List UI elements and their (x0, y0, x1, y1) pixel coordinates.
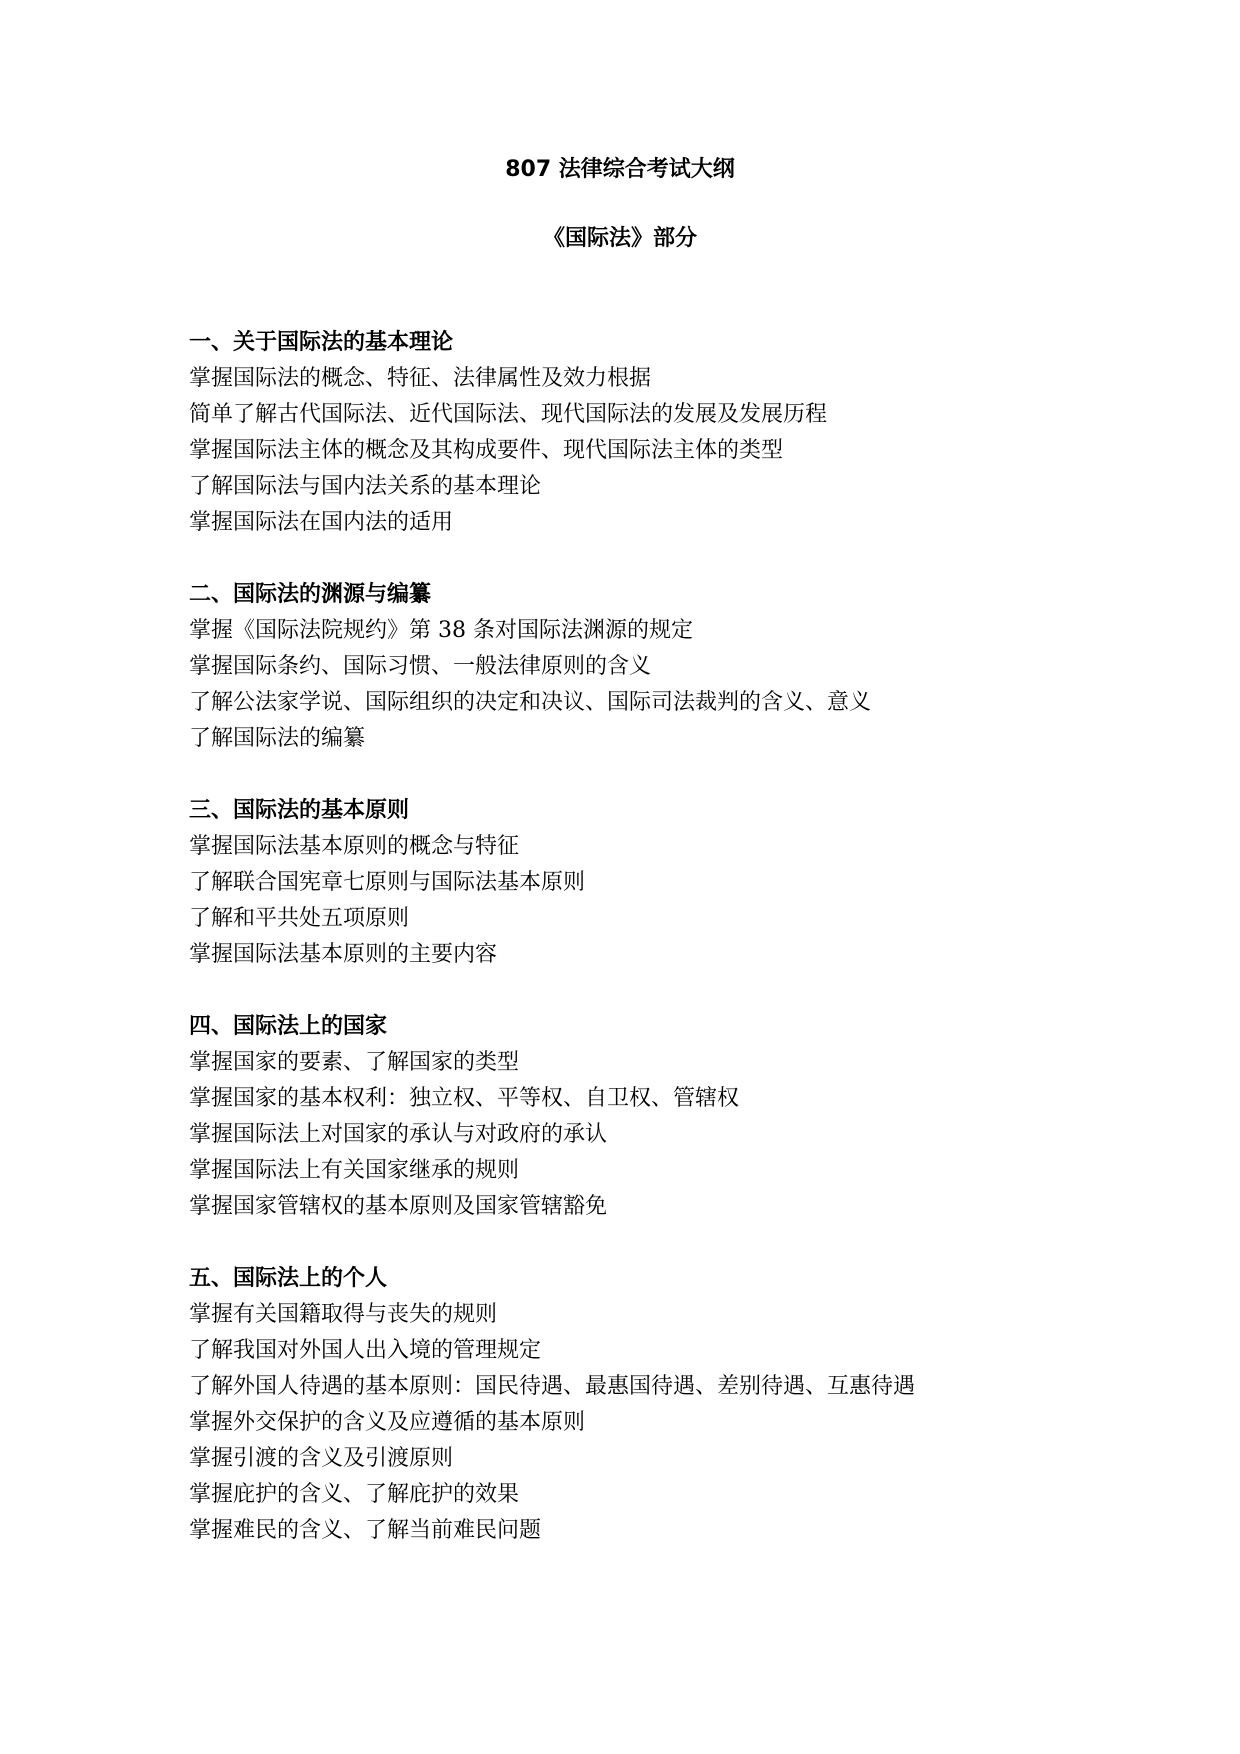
section-heading: 三、国际法的基本原则 (189, 793, 1089, 829)
document-page: 807 法律综合考试大纲 《国际法》部分 一、关于国际法的基本理论 掌握国际法的… (0, 0, 1240, 1754)
list-item: 掌握庇护的含义、了解庇护的效果 (189, 1477, 1089, 1513)
document-body: 一、关于国际法的基本理论 掌握国际法的概念、特征、法律属性及效力根据 简单了解古… (189, 325, 1089, 1549)
section-5: 五、国际法上的个人 掌握有关国籍取得与丧失的规则 了解我国对外国人出入境的管理规… (189, 1261, 1089, 1549)
list-item: 掌握外交保护的含义及应遵循的基本原则 (189, 1405, 1089, 1441)
document-subtitle: 《国际法》部分 (0, 224, 1240, 254)
list-item: 了解我国对外国人出入境的管理规定 (189, 1333, 1089, 1369)
list-item: 掌握国际法基本原则的概念与特征 (189, 829, 1089, 865)
list-item: 掌握国家管辖权的基本原则及国家管辖豁免 (189, 1189, 1089, 1225)
list-item: 掌握国际法上对国家的承认与对政府的承认 (189, 1117, 1089, 1153)
list-item: 掌握国家的基本权利：独立权、平等权、自卫权、管辖权 (189, 1081, 1089, 1117)
list-item: 掌握国家的要素、了解国家的类型 (189, 1045, 1089, 1081)
section-3: 三、国际法的基本原则 掌握国际法基本原则的概念与特征 了解联合国宪章七原则与国际… (189, 793, 1089, 973)
list-item: 了解外国人待遇的基本原则：国民待遇、最惠国待遇、差别待遇、互惠待遇 (189, 1369, 1089, 1405)
document-title: 807 法律综合考试大纲 (0, 155, 1240, 185)
list-item: 了解公法家学说、国际组织的决定和决议、国际司法裁判的含义、意义 (189, 685, 1089, 721)
list-item: 了解联合国宪章七原则与国际法基本原则 (189, 865, 1089, 901)
list-item: 了解国际法与国内法关系的基本理论 (189, 469, 1089, 505)
list-item: 掌握国际法的概念、特征、法律属性及效力根据 (189, 361, 1089, 397)
section-heading: 一、关于国际法的基本理论 (189, 325, 1089, 361)
list-item: 掌握国际法在国内法的适用 (189, 505, 1089, 541)
list-item: 掌握《国际法院规约》第 38 条对国际法渊源的规定 (189, 613, 1089, 649)
list-item: 掌握引渡的含义及引渡原则 (189, 1441, 1089, 1477)
section-heading: 二、国际法的渊源与编纂 (189, 577, 1089, 613)
list-item: 掌握有关国籍取得与丧失的规则 (189, 1297, 1089, 1333)
section-4: 四、国际法上的国家 掌握国家的要素、了解国家的类型 掌握国家的基本权利：独立权、… (189, 1009, 1089, 1225)
list-item: 掌握国际条约、国际习惯、一般法律原则的含义 (189, 649, 1089, 685)
list-item: 掌握国际法主体的概念及其构成要件、现代国际法主体的类型 (189, 433, 1089, 469)
section-heading: 四、国际法上的国家 (189, 1009, 1089, 1045)
list-item: 掌握国际法基本原则的主要内容 (189, 937, 1089, 973)
section-heading: 五、国际法上的个人 (189, 1261, 1089, 1297)
section-2: 二、国际法的渊源与编纂 掌握《国际法院规约》第 38 条对国际法渊源的规定 掌握… (189, 577, 1089, 757)
list-item: 掌握国际法上有关国家继承的规则 (189, 1153, 1089, 1189)
list-item: 了解国际法的编纂 (189, 721, 1089, 757)
list-item: 掌握难民的含义、了解当前难民问题 (189, 1513, 1089, 1549)
list-item: 简单了解古代国际法、近代国际法、现代国际法的发展及发展历程 (189, 397, 1089, 433)
list-item: 了解和平共处五项原则 (189, 901, 1089, 937)
section-1: 一、关于国际法的基本理论 掌握国际法的概念、特征、法律属性及效力根据 简单了解古… (189, 325, 1089, 541)
